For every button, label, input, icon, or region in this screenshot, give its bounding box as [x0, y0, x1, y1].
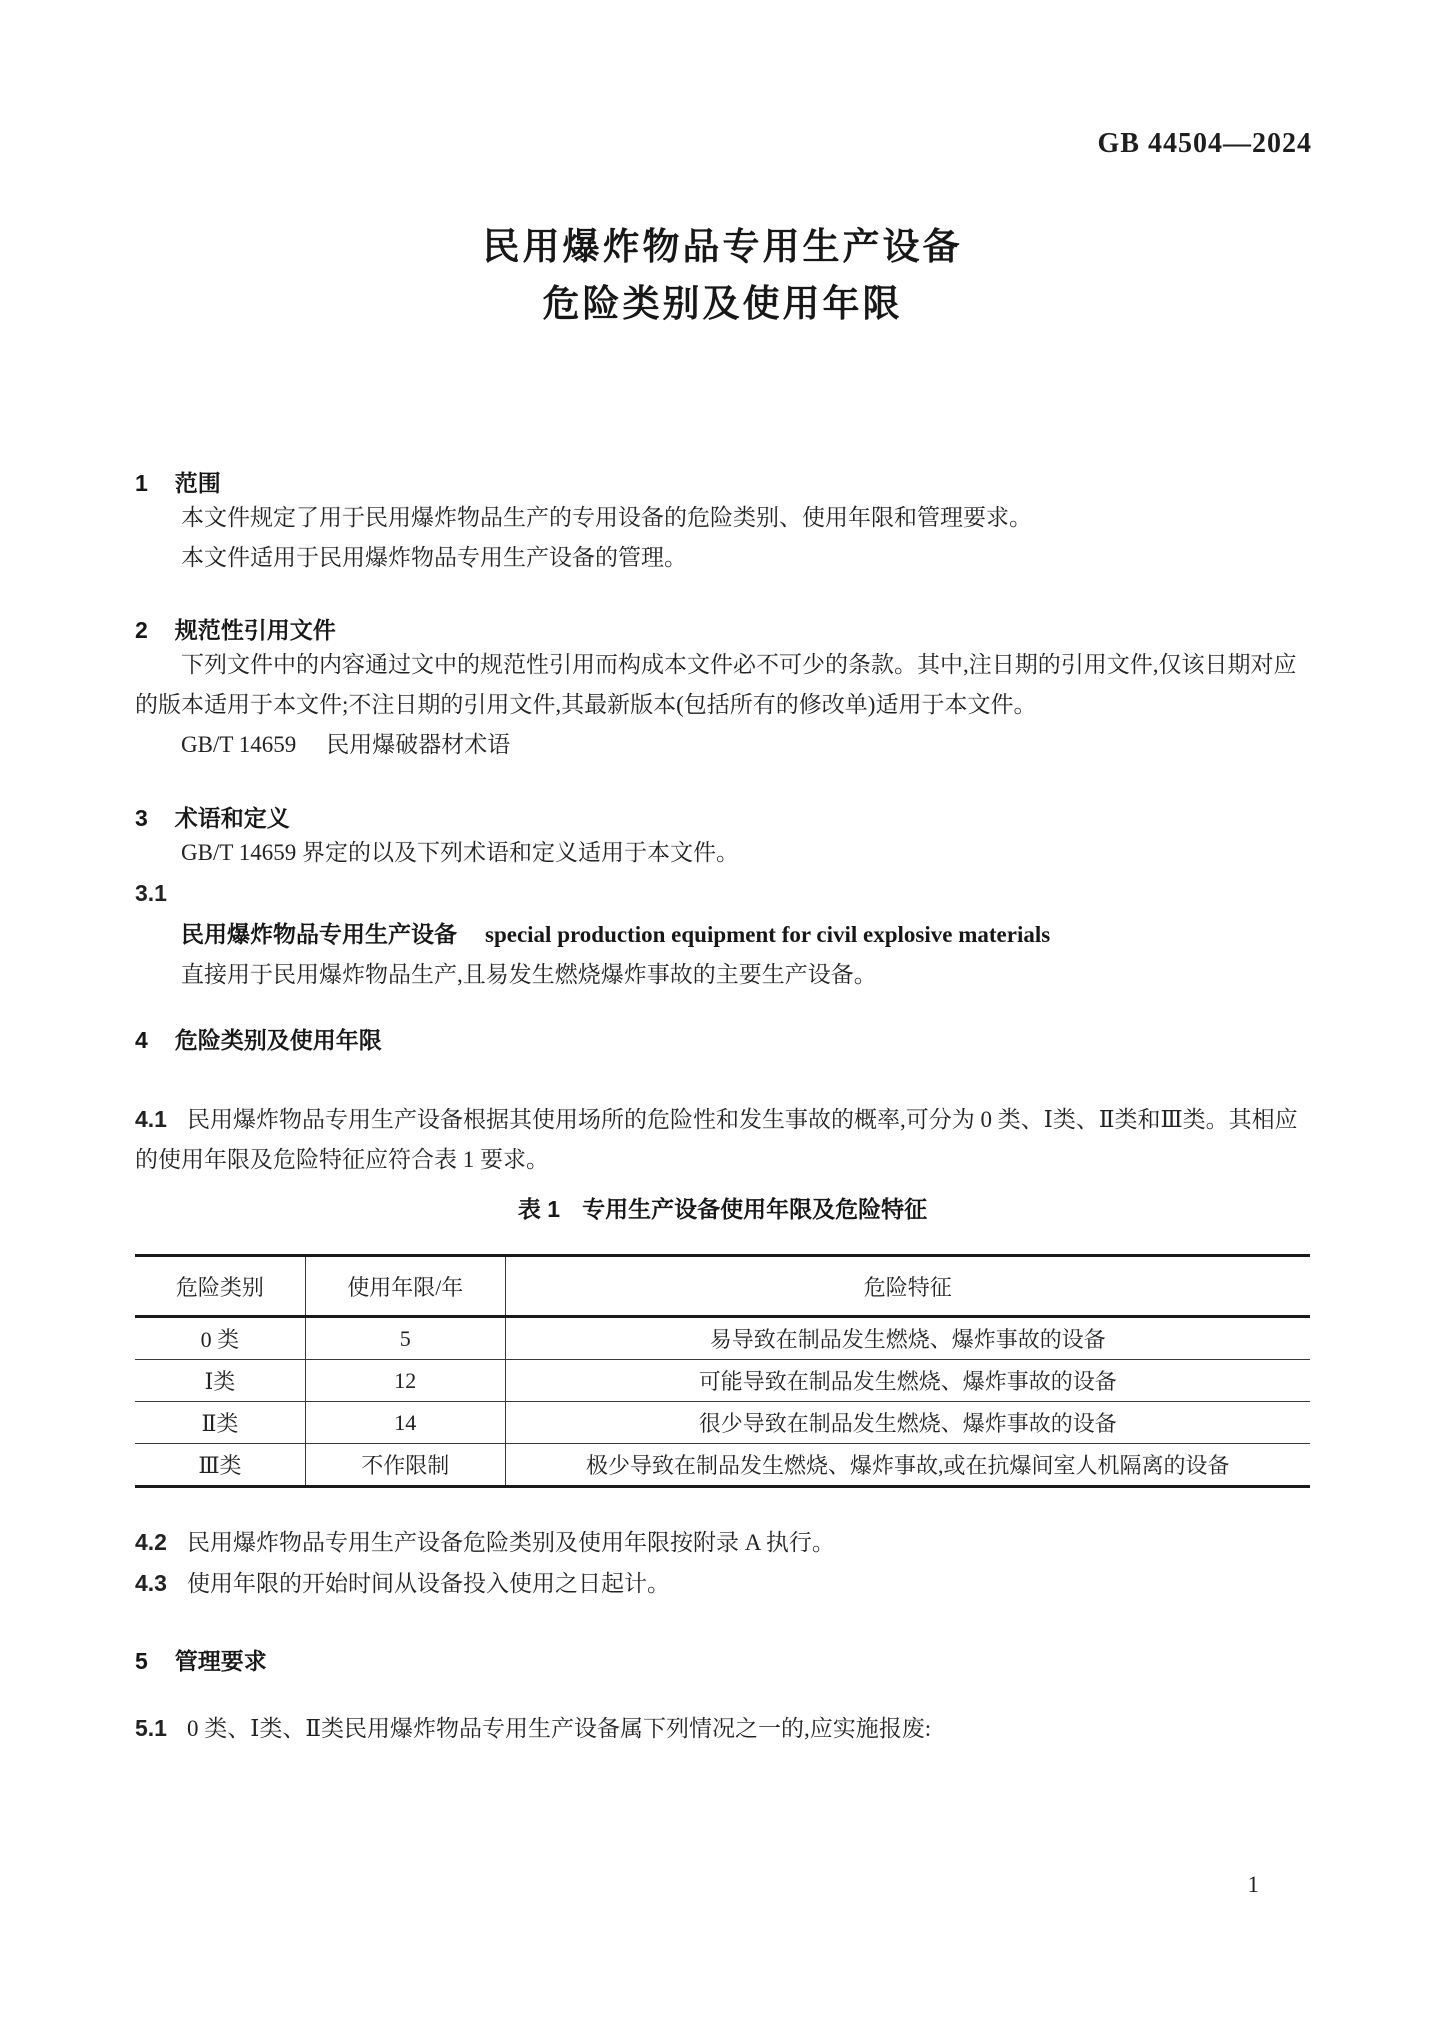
- cell-hazard-feature: 很少导致在制品发生燃烧、爆炸事故的设备: [505, 1402, 1310, 1444]
- table-row: Ⅰ类 12 可能导致在制品发生燃烧、爆炸事故的设备: [135, 1360, 1310, 1402]
- cell-category: Ⅲ类: [135, 1444, 305, 1487]
- clause-4-1-text: 民用爆炸物品专用生产设备根据其使用场所的危险性和发生事故的概率,可分为 0 类、…: [135, 1107, 1298, 1172]
- clause-4-1: 4.1民用爆炸物品专用生产设备根据其使用场所的危险性和发生事故的概率,可分为 0…: [135, 1099, 1310, 1180]
- cell-category: Ⅱ类: [135, 1402, 305, 1444]
- cell-hazard-feature: 极少导致在制品发生燃烧、爆炸事故,或在抗爆间室人机隔离的设备: [505, 1444, 1310, 1487]
- column-header-hazard-category: 危险类别: [135, 1256, 305, 1317]
- column-header-hazard-feature: 危险特征: [505, 1256, 1310, 1317]
- document-title-line2: 危险类别及使用年限: [0, 275, 1445, 332]
- section-1-paragraph-1: 本文件规定了用于民用爆炸物品生产的专用设备的危险类别、使用年限和管理要求。: [135, 498, 1310, 538]
- section-3-title: 术语和定义: [175, 805, 290, 831]
- table-1-caption: 表 1专用生产设备使用年限及危险特征: [135, 1194, 1310, 1224]
- cell-service-life: 12: [305, 1360, 505, 1402]
- section-5-title: 管理要求: [175, 1648, 267, 1674]
- section-1-heading: 1范围: [135, 468, 1310, 498]
- section-2-paragraph-1: 下列文件中的内容通过文中的规范性引用而构成本文件必不可少的条款。其中,注日期的引…: [135, 645, 1310, 725]
- section-3-paragraph-1: GB/T 14659 界定的以及下列术语和定义适用于本文件。: [135, 833, 1310, 873]
- document-title-line1: 民用爆炸物品专用生产设备: [0, 218, 1445, 275]
- section-1-paragraph-2: 本文件适用于民用爆炸物品专用生产设备的管理。: [135, 538, 1310, 578]
- table-row: 0 类 5 易导致在制品发生燃烧、爆炸事故的设备: [135, 1317, 1310, 1360]
- page-number: 1: [1248, 1872, 1260, 1898]
- column-header-service-life: 使用年限/年: [305, 1256, 505, 1317]
- clause-5-1-text: 0 类、Ⅰ类、Ⅱ类民用爆炸物品专用生产设备属下列情况之一的,应实施报废:: [187, 1716, 931, 1741]
- table-row: Ⅱ类 14 很少导致在制品发生燃烧、爆炸事故的设备: [135, 1402, 1310, 1444]
- table-1-caption-text: 专用生产设备使用年限及危险特征: [582, 1196, 927, 1222]
- section-1-number: 1: [135, 468, 148, 498]
- standard-document-page: GB 44504—2024 民用爆炸物品专用生产设备 危险类别及使用年限 1范围…: [0, 0, 1445, 2043]
- clause-3-1-number: 3.1: [135, 873, 1310, 914]
- section-4-number: 4: [135, 1025, 148, 1055]
- normative-reference: GB/T 14659民用爆破器材术语: [135, 725, 1310, 765]
- section-4-heading: 4危险类别及使用年限: [135, 1025, 1310, 1055]
- clause-4-1-number: 4.1: [135, 1106, 167, 1132]
- cell-hazard-feature: 易导致在制品发生燃烧、爆炸事故的设备: [505, 1317, 1310, 1360]
- clause-5-1: 5.10 类、Ⅰ类、Ⅱ类民用爆炸物品专用生产设备属下列情况之一的,应实施报废:: [135, 1708, 1310, 1749]
- clause-4-2-text: 民用爆炸物品专用生产设备危险类别及使用年限按附录 A 执行。: [187, 1530, 835, 1555]
- clause-4-2-number: 4.2: [135, 1529, 167, 1555]
- table-header-row: 危险类别 使用年限/年 危险特征: [135, 1256, 1310, 1317]
- clause-4-3-text: 使用年限的开始时间从设备投入使用之日起计。: [187, 1571, 670, 1596]
- section-1-title: 范围: [175, 470, 221, 496]
- term-chinese: 民用爆炸物品专用生产设备: [181, 921, 457, 947]
- section-2-heading: 2规范性引用文件: [135, 615, 1310, 645]
- cell-category: 0 类: [135, 1317, 305, 1360]
- section-3-number: 3: [135, 803, 148, 833]
- document-title: 民用爆炸物品专用生产设备 危险类别及使用年限: [0, 218, 1445, 332]
- clause-4-3-number: 4.3: [135, 1570, 167, 1596]
- clause-4-2: 4.2民用爆炸物品专用生产设备危险类别及使用年限按附录 A 执行。: [135, 1522, 1310, 1563]
- section-5-number: 5: [135, 1646, 148, 1676]
- table-1-caption-number: 表 1: [518, 1196, 560, 1222]
- section-2-number: 2: [135, 615, 148, 645]
- cell-service-life: 5: [305, 1317, 505, 1360]
- table-1-hazard-categories: 危险类别 使用年限/年 危险特征 0 类 5 易导致在制品发生燃烧、爆炸事故的设…: [135, 1254, 1310, 1488]
- term-english: special production equipment for civil e…: [485, 922, 1050, 947]
- section-2-title: 规范性引用文件: [175, 617, 336, 643]
- cell-service-life: 不作限制: [305, 1444, 505, 1487]
- table-row: Ⅲ类 不作限制 极少导致在制品发生燃烧、爆炸事故,或在抗爆间室人机隔离的设备: [135, 1444, 1310, 1487]
- clause-4-3: 4.3使用年限的开始时间从设备投入使用之日起计。: [135, 1563, 1310, 1604]
- cell-category: Ⅰ类: [135, 1360, 305, 1402]
- reference-code: GB/T 14659: [181, 732, 296, 757]
- clause-5-1-number: 5.1: [135, 1715, 167, 1741]
- section-5-heading: 5管理要求: [135, 1646, 1310, 1676]
- cell-service-life: 14: [305, 1402, 505, 1444]
- section-4-title: 危险类别及使用年限: [175, 1027, 382, 1053]
- cell-hazard-feature: 可能导致在制品发生燃烧、爆炸事故的设备: [505, 1360, 1310, 1402]
- reference-title: 民用爆破器材术语: [326, 732, 510, 757]
- term-definition-heading: 民用爆炸物品专用生产设备special production equipment…: [135, 914, 1310, 955]
- section-3-heading: 3术语和定义: [135, 803, 1310, 833]
- document-body: 1范围 本文件规定了用于民用爆炸物品生产的专用设备的危险类别、使用年限和管理要求…: [135, 462, 1310, 1749]
- standard-number: GB 44504—2024: [1098, 128, 1312, 160]
- term-definition-text: 直接用于民用爆炸物品生产,且易发生燃烧爆炸事故的主要生产设备。: [135, 955, 1310, 995]
